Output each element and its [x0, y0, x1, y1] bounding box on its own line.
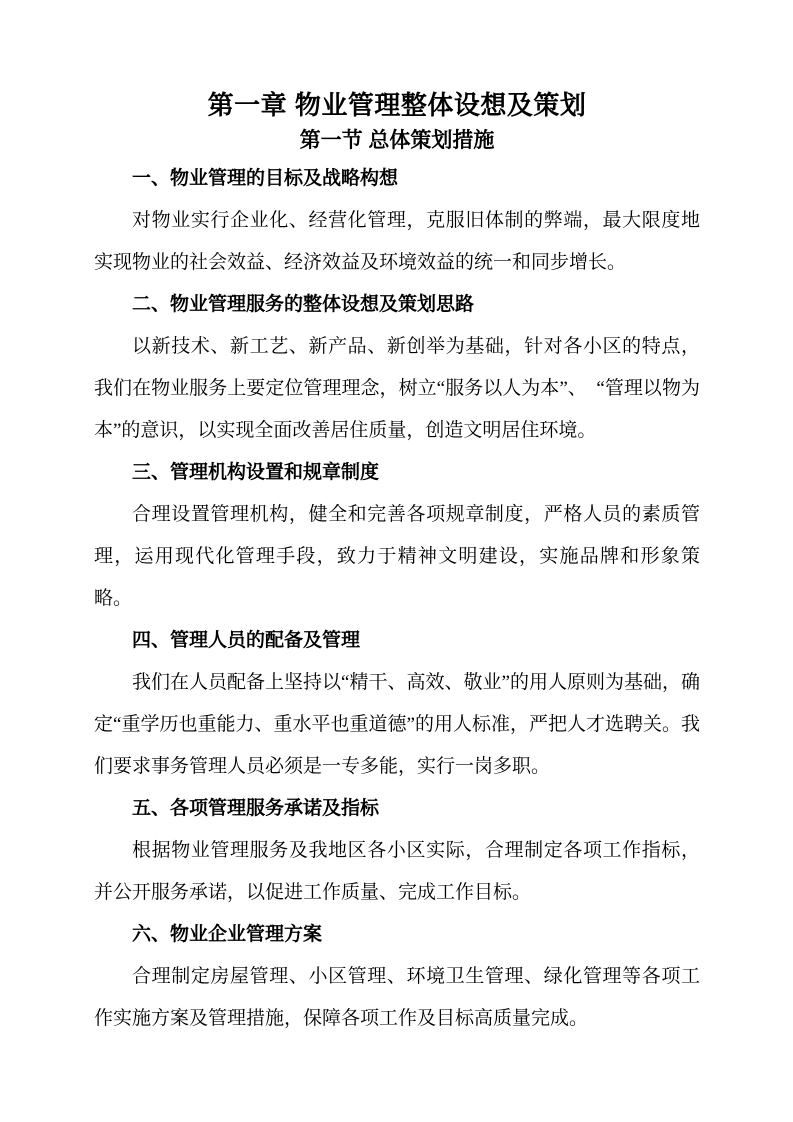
document-page: 第一章 物业管理整体设想及策划 第一节 总体策划措施 一、物业管理的目标及战略构… — [0, 0, 793, 1122]
chapter-title: 第一章 物业管理整体设想及策划 — [94, 86, 700, 124]
section-heading-3: 三、管理机构设置和规章制度 — [94, 452, 700, 494]
section-paragraph-5: 根据物业管理服务及我地区各小区实际，合理制定各项工作指标，并公开服务承诺，以促进… — [94, 830, 700, 914]
section-subtitle: 第一节 总体策划措施 — [94, 124, 700, 158]
section-heading-6: 六、物业企业管理方案 — [94, 914, 700, 956]
document-body: 一、物业管理的目标及战略构想 对物业实行企业化、经营化管理，克服旧体制的弊端，最… — [94, 158, 700, 1040]
section-paragraph-6: 合理制定房屋管理、小区管理、环境卫生管理、绿化管理等各项工作实施方案及管理措施，… — [94, 956, 700, 1040]
section-heading-1: 一、物业管理的目标及战略构想 — [94, 158, 700, 200]
section-paragraph-4: 我们在人员配备上坚持以“精干、高效、敬业”的用人原则为基础，确定“重学历也重能力… — [94, 662, 700, 788]
section-paragraph-2: 以新技术、新工艺、新产品、新创举为基础，针对各小区的特点，我们在物业服务上要定位… — [94, 326, 700, 452]
section-paragraph-3: 合理设置管理机构，健全和完善各项规章制度，严格人员的素质管理，运用现代化管理手段… — [94, 494, 700, 620]
section-heading-5: 五、各项管理服务承诺及指标 — [94, 788, 700, 830]
section-paragraph-1: 对物业实行企业化、经营化管理，克服旧体制的弊端，最大限度地实现物业的社会效益、经… — [94, 200, 700, 284]
section-heading-2: 二、物业管理服务的整体设想及策划思路 — [94, 284, 700, 326]
section-heading-4: 四、管理人员的配备及管理 — [94, 620, 700, 662]
